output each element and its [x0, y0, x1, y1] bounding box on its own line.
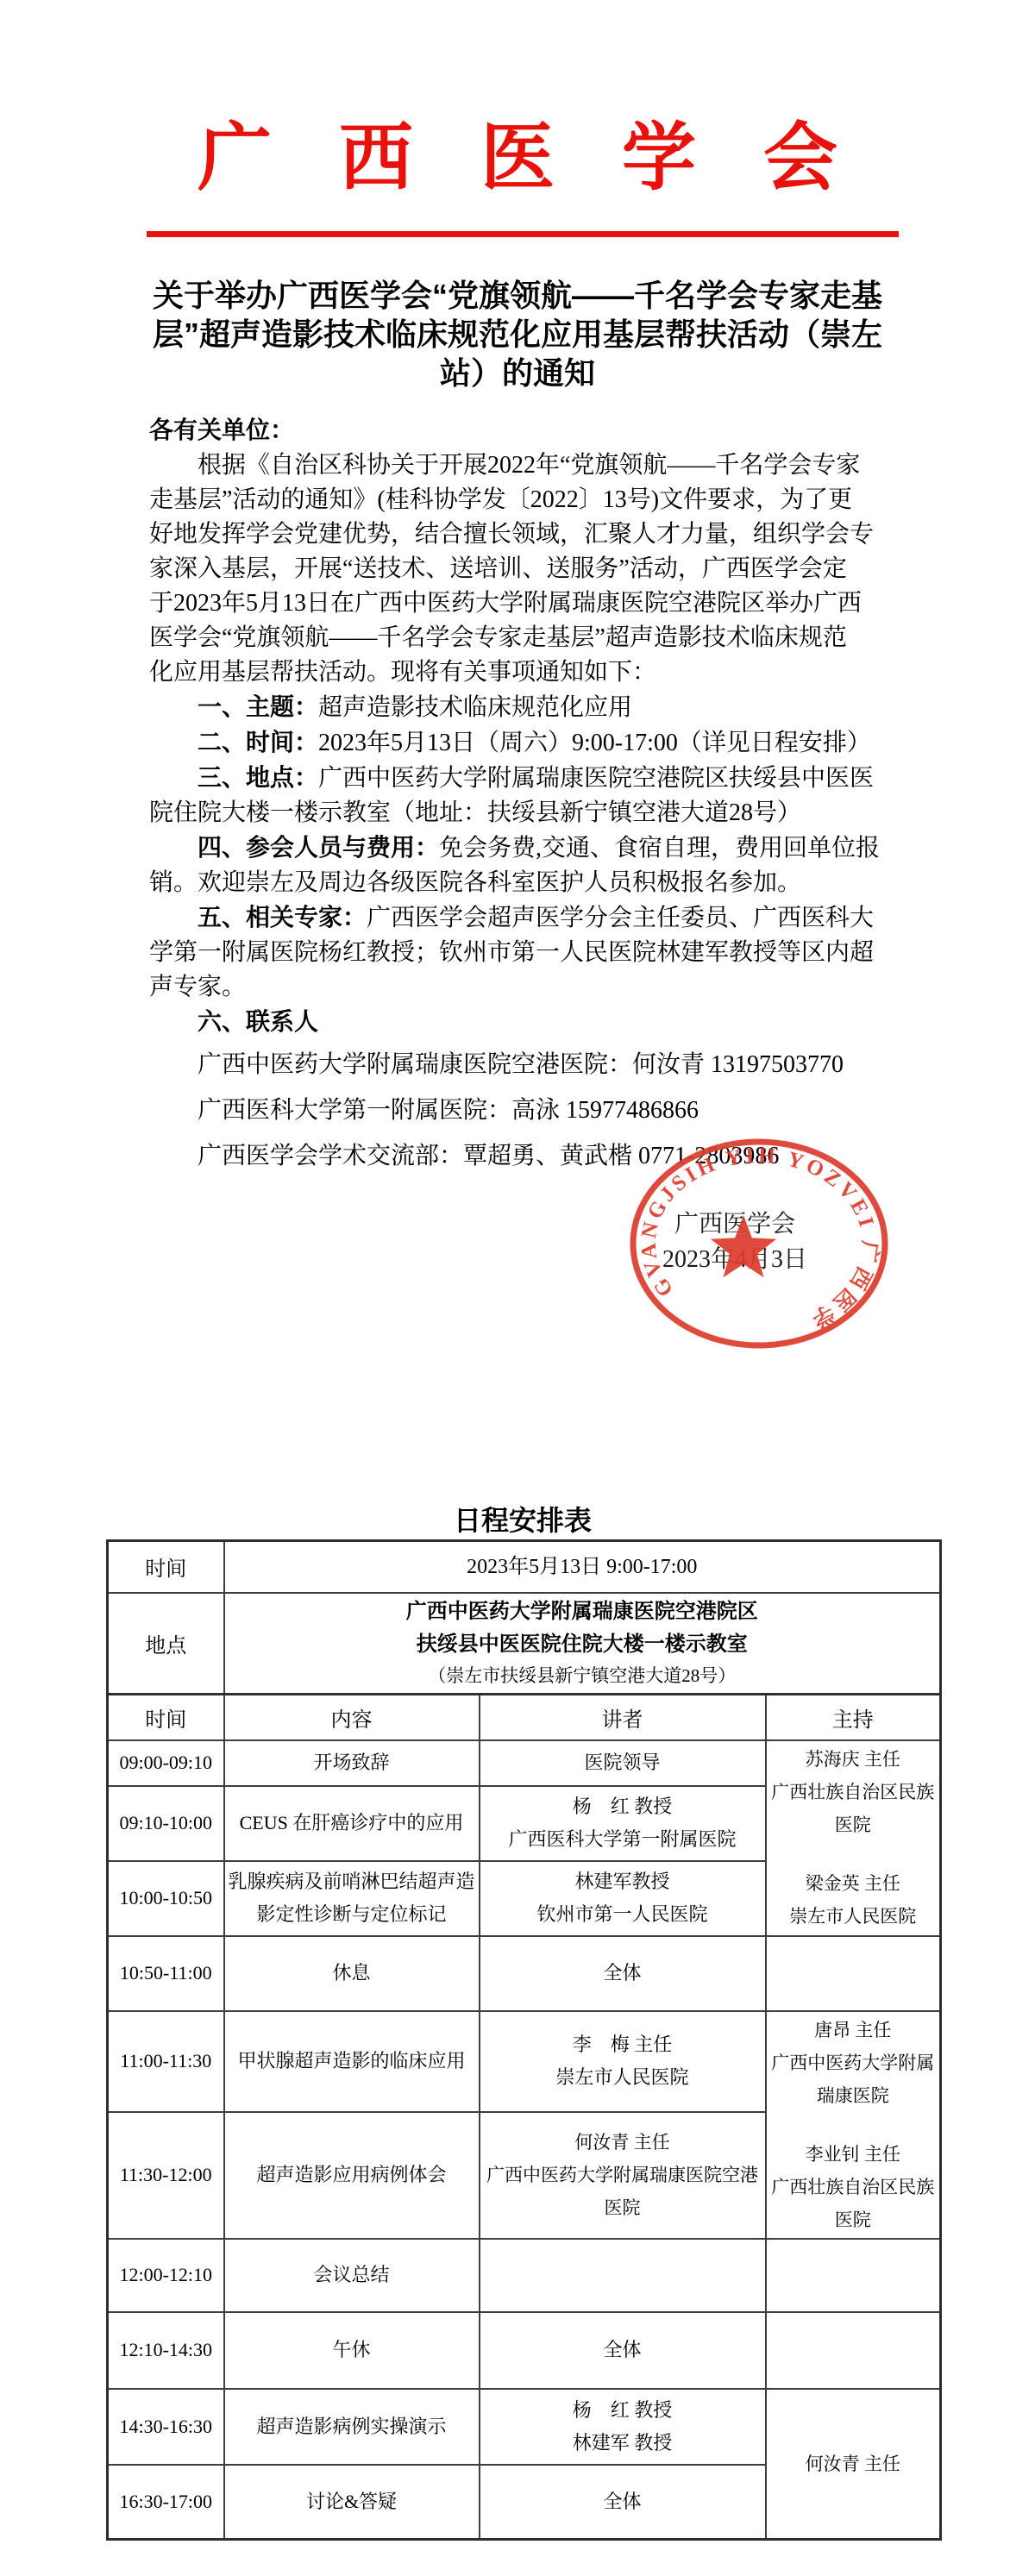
- schedule-row: 14:30-16:30 超声造影病例实操演示 杨 红 教授 林建军 教授 何汝青…: [108, 2389, 941, 2465]
- host-cell: 唐昂 主任 广西中医药大学附属 瑞康医院 李业钊 主任 广西壮族自治区民族 医院: [766, 2011, 941, 2239]
- schedule-title: 日程安排表: [106, 1499, 939, 1539]
- notice-title-line: 站）的通知: [136, 354, 899, 392]
- schedule-row: 12:00-12:10 会议总结: [108, 2239, 941, 2312]
- item-label: 四、参会人员与费用：: [198, 834, 439, 861]
- item-fee: 四、参会人员与费用：免会务费,交通、食宿自理，费用回单位报: [149, 830, 905, 866]
- time-cell: 11:00-11:30: [108, 2011, 224, 2112]
- notice-title-line: 关于举办广西医学会“党旗领航——千名学会专家走基: [136, 276, 899, 315]
- seal-star-icon: [711, 1215, 776, 1277]
- item-label: 二、时间：: [198, 729, 318, 755]
- notice-body: 各有关单位： 根据《自治区科协关于开展2022年“党旗领航——千名学会专家 走基…: [149, 414, 905, 1179]
- letterhead-org-name: 广西医学会: [0, 119, 1035, 197]
- host-entry: 唐昂 主任 广西中医药大学附属 瑞康医院: [770, 2014, 937, 2112]
- content-cell: 超声造影病例实操演示: [224, 2389, 480, 2465]
- speaker-cell: 全体: [480, 2312, 766, 2389]
- info-row-place: 地点 广西中医药大学附属瑞康医院空港院区 扶绥县中医医院住院大楼一楼示教室 （崇…: [108, 1593, 941, 1695]
- document-page: 广西医学会 关于举办广西医学会“党旗领航——千名学会专家走基 层”超声造影技术临…: [0, 0, 1035, 2576]
- host-cell: 何汝青 主任: [766, 2389, 941, 2540]
- content-cell: 会议总结: [224, 2239, 480, 2312]
- content-cell: 开场致辞: [224, 1740, 480, 1786]
- speaker-cell: 全体: [480, 1936, 766, 2011]
- col-header-host: 主持: [766, 1695, 941, 1740]
- content-cell: 乳腺疾病及前哨淋巴结超声造 影定性诊断与定位标记: [224, 1861, 480, 1936]
- col-header-content: 内容: [224, 1695, 480, 1740]
- host-cell-empty: [766, 2312, 941, 2389]
- content-cell: 休息: [224, 1936, 480, 2011]
- host-entry: 李业钊 主任 广西壮族自治区民族 医院: [770, 2138, 937, 2236]
- host-entry: 梁金英 主任 崇左市人民医院: [770, 1867, 937, 1933]
- paragraph-line: 好地发挥学会党建优势，结合擅长领域，汇聚人才力量，组织学会专: [149, 517, 905, 552]
- time-cell: 14:30-16:30: [108, 2389, 224, 2465]
- host-cell: 苏海庆 主任 广西壮族自治区民族 医院 梁金英 主任 崇左市人民医院: [766, 1740, 941, 1936]
- content-cell: 超声造影应用病例体会: [224, 2112, 480, 2239]
- content-cell: 甲状腺超声造影的临床应用: [224, 2011, 480, 2112]
- time-cell: 09:00-09:10: [108, 1740, 224, 1786]
- notice-title: 关于举办广西医学会“党旗领航——千名学会专家走基 层”超声造影技术临床规范化应用…: [136, 276, 899, 392]
- paragraph-line: 于2023年5月13日在广西中医药大学附属瑞康医院空港院区举办广西: [149, 586, 905, 621]
- speaker-cell: 杨 红 教授 广西医科大学第一附属医院: [480, 1786, 766, 1861]
- host-cell-empty: [766, 2239, 941, 2312]
- item-experts: 五、相关专家：广西医学会超声医学分会主任委员、广西医科大: [149, 900, 905, 936]
- host-entry: 苏海庆 主任 广西壮族自治区民族 医院: [770, 1743, 937, 1841]
- speaker-cell: 杨 红 教授 林建军 教授: [480, 2389, 766, 2465]
- info-place-label: 地点: [108, 1593, 224, 1695]
- paragraph-line: 根据《自治区科协关于开展2022年“党旗领航——千名学会专家: [149, 448, 905, 483]
- contact-line: 广西中医药大学附属瑞康医院空港医院：何汝青 13197503770: [149, 1042, 905, 1087]
- paragraph-line: 化应用基层帮扶活动。现将有关事项通知如下：: [149, 655, 905, 690]
- item-experts-cont: 学第一附属医院杨红教授；钦州市第一人民医院林建军教授等区内超: [149, 936, 905, 970]
- item-contacts-heading: 六、联系人: [149, 1005, 905, 1040]
- info-time-label: 时间: [108, 1541, 224, 1593]
- info-place-line3: （崇左市扶绥县新宁镇空港大道28号）: [229, 1661, 937, 1690]
- time-cell: 11:30-12:00: [108, 2112, 224, 2239]
- time-cell: 09:10-10:00: [108, 1786, 224, 1861]
- speaker-cell: 何汝青 主任 广西中医药大学附属瑞康医院空港 医院: [480, 2112, 766, 2239]
- time-cell: 10:00-10:50: [108, 1861, 224, 1936]
- info-place-value: 广西中医药大学附属瑞康医院空港院区 扶绥县中医医院住院大楼一楼示教室 （崇左市扶…: [224, 1593, 941, 1695]
- schedule-row: 10:50-11:00 休息 全体: [108, 1936, 941, 2011]
- paragraph-line: 家深入基层，开展“送技术、送培训、送服务”活动，广西医学会定: [149, 552, 905, 586]
- item-text: 广西医学会超声医学分会主任委员、广西医科大: [367, 905, 874, 931]
- item-experts-cont: 声专家。: [149, 970, 905, 1005]
- speaker-cell: 李 梅 主任 崇左市人民医院: [480, 2011, 766, 2112]
- time-cell: 12:00-12:10: [108, 2239, 224, 2312]
- paragraph-line: 医学会“党旗领航——千名学会专家走基层”超声造影技术临床规范: [149, 621, 905, 655]
- item-theme: 一、主题：超声造影技术临床规范化应用: [149, 690, 905, 725]
- schedule-table: 时间 2023年5月13日 9:00-17:00 地点 广西中医药大学附属瑞康医…: [106, 1539, 942, 2541]
- schedule-row: 09:00-09:10 开场致辞 医院领导 苏海庆 主任 广西壮族自治区民族 医…: [108, 1740, 941, 1786]
- official-seal-stamp: GVANGJSIH YIH YOZVEI 广西医学会: [624, 1136, 894, 1353]
- content-cell: CEUS 在肝癌诊疗中的应用: [224, 1786, 480, 1861]
- item-label: 五、相关专家：: [198, 904, 367, 931]
- col-header-time: 时间: [108, 1695, 224, 1740]
- paragraph-line: 走基层”活动的通知》(桂科协学发〔2022〕13号)文件要求，为了更: [149, 483, 905, 517]
- item-text: 2023年5月13日（周六）9:00-17:00（详见日程安排）: [318, 730, 871, 756]
- header-row: 时间 内容 讲者 主持: [108, 1695, 941, 1740]
- item-text: 免会务费,交通、食宿自理，费用回单位报: [439, 835, 880, 862]
- schedule-row: 12:10-14:30 午休 全体: [108, 2312, 941, 2389]
- contact-line: 广西医科大学第一附属医院：高泳 15977486866: [149, 1087, 905, 1133]
- info-row-time: 时间 2023年5月13日 9:00-17:00: [108, 1541, 941, 1593]
- time-cell: 12:10-14:30: [108, 2312, 224, 2389]
- item-text: 超声造影技术临床规范化应用: [318, 694, 632, 721]
- content-cell: 讨论&答疑: [224, 2465, 480, 2540]
- item-time: 二、时间：2023年5月13日（周六）9:00-17:00（详见日程安排）: [149, 725, 905, 761]
- item-label: 三、地点：: [198, 764, 318, 791]
- letterhead-divider: [147, 231, 899, 237]
- info-place-line1: 广西中医药大学附属瑞康医院空港院区: [229, 1595, 937, 1628]
- notice-title-line: 层”超声造影技术临床规范化应用基层帮扶活动（崇左: [136, 315, 899, 354]
- info-place-line2: 扶绥县中医医院住院大楼一楼示教室: [229, 1628, 937, 1661]
- speaker-cell: 林建军教授 钦州市第一人民医院: [480, 1861, 766, 1936]
- host-entry: 何汝青 主任: [770, 2448, 937, 2480]
- item-label: 六、联系人: [198, 1008, 318, 1035]
- item-place: 三、地点：广西中医药大学附属瑞康医院空港院区扶绥县中医医: [149, 761, 905, 796]
- item-place-cont: 院住院大楼一楼示教室（地址：扶绥县新宁镇空港大道28号）: [149, 796, 905, 830]
- speaker-cell: 医院领导: [480, 1740, 766, 1786]
- host-cell-empty: [766, 1936, 941, 2011]
- item-text: 广西中医药大学附属瑞康医院空港院区扶绥县中医医: [318, 765, 874, 792]
- schedule-row: 11:00-11:30 甲状腺超声造影的临床应用 李 梅 主任 崇左市人民医院 …: [108, 2011, 941, 2112]
- speaker-cell: 全体: [480, 2465, 766, 2540]
- info-time-value: 2023年5月13日 9:00-17:00: [224, 1541, 941, 1593]
- item-fee-cont: 销。欢迎崇左及周边各级医院各科室医护人员积极报名参加。: [149, 866, 905, 900]
- col-header-speaker: 讲者: [480, 1695, 766, 1740]
- content-cell: 午休: [224, 2312, 480, 2389]
- salutation: 各有关单位：: [149, 414, 905, 448]
- time-cell: 10:50-11:00: [108, 1936, 224, 2011]
- item-label: 一、主题：: [198, 693, 318, 720]
- speaker-cell: [480, 2239, 766, 2312]
- time-cell: 16:30-17:00: [108, 2465, 224, 2540]
